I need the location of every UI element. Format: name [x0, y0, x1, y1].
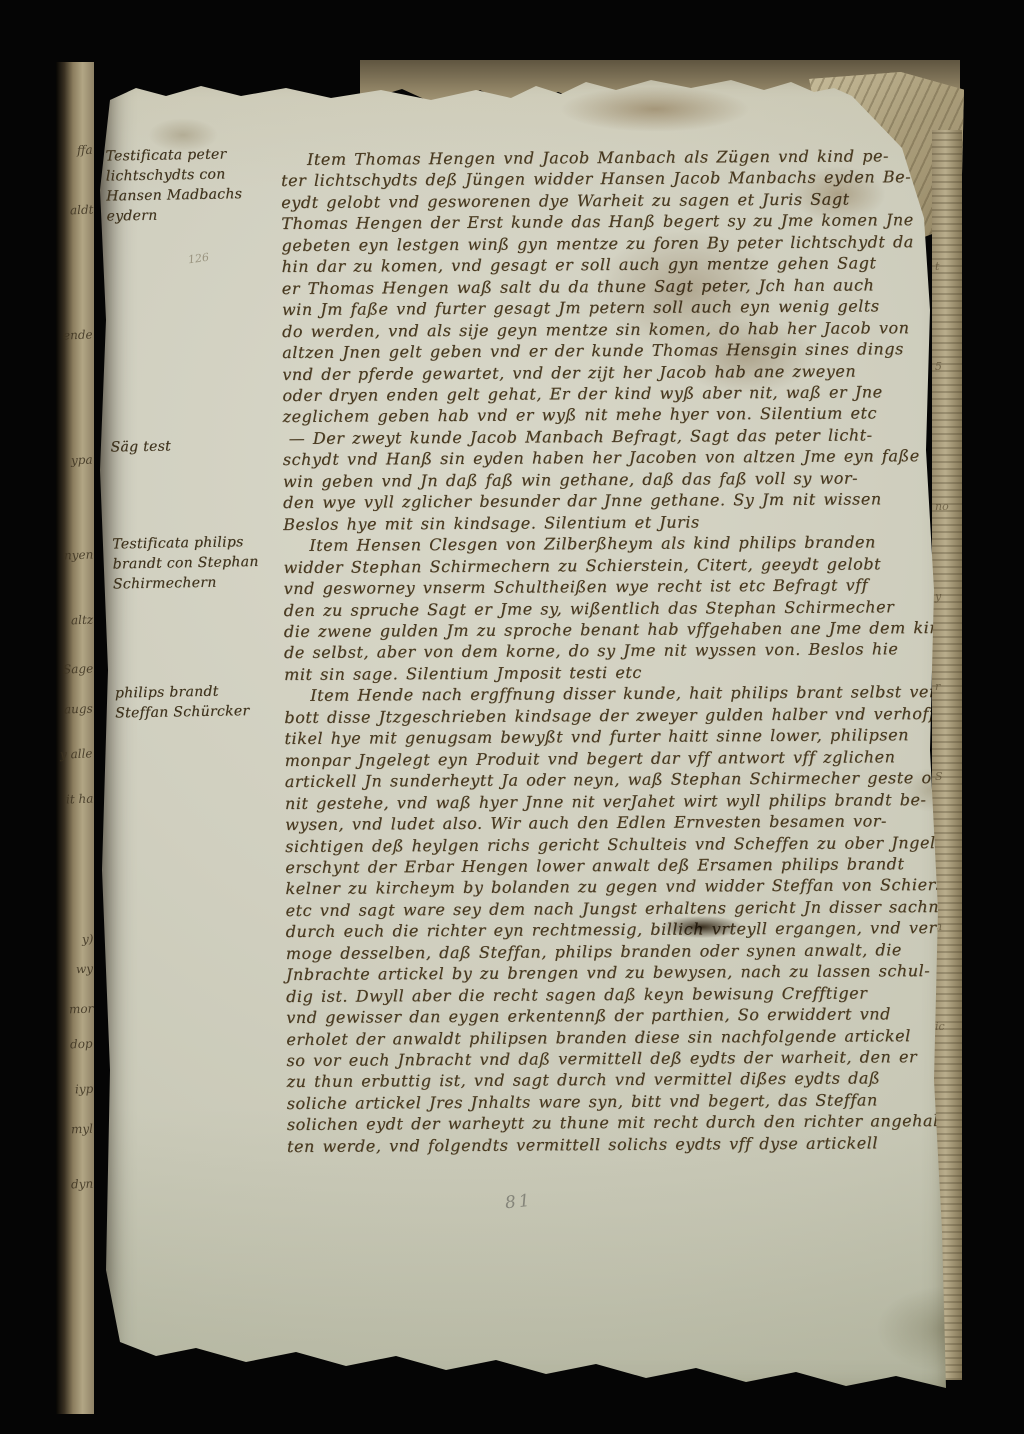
edge-fragment: no	[935, 500, 949, 513]
gutter-fragment: mor	[68, 1002, 93, 1017]
edge-fragment: S	[935, 770, 943, 783]
gutter-fragment: iyp	[74, 1082, 93, 1097]
edge-fragment: 5	[935, 360, 942, 373]
gutter-fragment: dop	[70, 1037, 93, 1052]
edge-fragment: ic	[935, 1020, 945, 1033]
paragraph-witness-hensen-clesgen: Item Hensen Clesgen von Zilberßheym als …	[283, 531, 944, 685]
gutter-fragment: ffa	[77, 143, 93, 158]
margin-note-line: Säg test	[110, 434, 290, 457]
paragraph-philips-brandt-plea: Item Hende nach ergffnung disser kunde, …	[284, 681, 947, 1157]
gutter-fragment: y alle	[60, 746, 93, 761]
gutter-fragment: ende	[63, 327, 93, 342]
gutter-fragment: ypa	[71, 453, 93, 468]
gutter-fragment: nyen	[63, 547, 93, 562]
gutter-fragment: dyn	[71, 1177, 94, 1192]
stain	[560, 86, 750, 132]
gutter-fragment: altz	[71, 613, 94, 628]
gutter-fragment: myl	[71, 1122, 93, 1137]
margin-column: Testificata peterlichtschydts conHansen …	[104, 68, 284, 71]
gutter-fragment: it ha	[65, 792, 93, 807]
margin-note-line: eydern	[106, 203, 286, 226]
margin-note-testificata-philips: Testificata philipsbrandt con StephanSch…	[112, 531, 293, 594]
facing-page-edge: ffaaldtendeypanyenaltzSageaugsy alleit h…	[56, 62, 94, 1414]
gutter-fragment: y)	[81, 932, 93, 946]
paragraph-witness-thomas-hengen: Item Thomas Hengen vnd Jacob Manbach als…	[281, 145, 943, 428]
edge-fragment: r	[935, 680, 940, 693]
gutter-fragment: Sage	[63, 661, 94, 676]
text-line: den wye vyll zglicher besunder dar Jnne …	[283, 488, 943, 513]
margin-note-testificata-peter: Testificata peterlichtschydts conHansen …	[105, 143, 286, 226]
page-number-pencil: 81	[504, 1191, 534, 1214]
edge-fragment: t	[935, 260, 939, 273]
paragraph-second-witness-jacob-manbach: — Der zweyt kunde Jacob Manbach Befragt,…	[283, 424, 944, 535]
gutter-fragment: augs	[64, 702, 93, 717]
margin-note-line: Schirmechern	[113, 571, 293, 594]
margin-note-line: Steffan Schürcker	[115, 700, 295, 723]
margin-note-sag-test: Säg test	[110, 434, 290, 457]
edge-fragment: y	[935, 590, 941, 603]
body-text: Item Thomas Hengen vnd Jacob Manbach als…	[281, 145, 947, 1157]
margin-note-philips-brandt: philips brandtSteffan Schürcker	[115, 680, 296, 723]
manuscript-page: Testificata peterlichtschydts conHansen …	[96, 70, 948, 1400]
gutter-fragment: wy	[76, 962, 94, 977]
faint-ink-mark: 126	[187, 251, 210, 267]
text-line: ten werde, vnd folgendts vermittell soli…	[287, 1132, 947, 1157]
text-line: de selbst, aber von dem korne, do sy Jme…	[284, 638, 944, 663]
archive-photo-background: { "page": { "number": "81" }, "marginali…	[0, 0, 1024, 1434]
gutter-fragment: aldt	[69, 203, 93, 218]
